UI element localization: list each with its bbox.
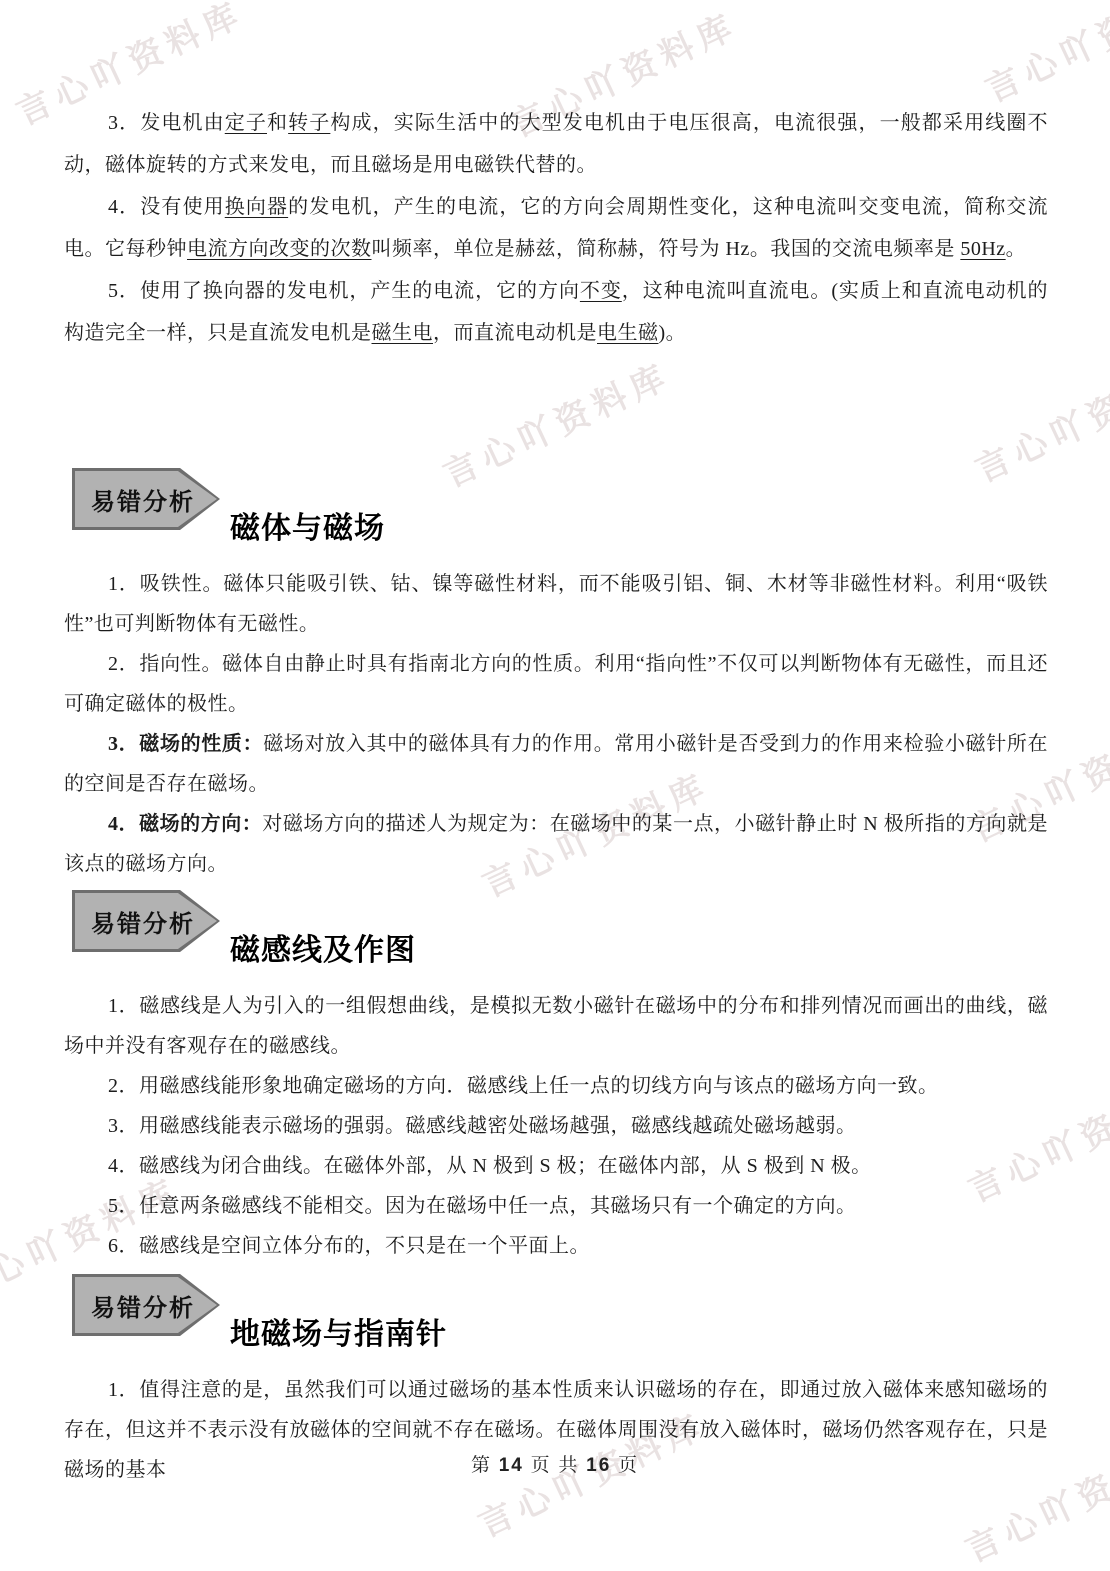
badge-label: 易错分析 xyxy=(75,482,195,517)
badge-label: 易错分析 xyxy=(75,904,195,939)
text-run: 14 xyxy=(499,1455,524,1476)
section-title: 磁感线及作图 xyxy=(230,934,416,967)
list-item: 4．没有使用换向器的发电机，产生的电流，它的方向会周期性变化，这种电流叫交变电流… xyxy=(64,186,1048,270)
text-run: 2．用磁感线能形象地确定磁场的方向．磁感线上任一点的切线方向与该点的磁场方向一致… xyxy=(108,1075,939,1097)
list-item: 3．磁场的性质：磁场对放入其中的磁体具有力的作用。常用小磁针是否受到力的作用来检… xyxy=(64,724,1048,804)
text-run: 电生磁 xyxy=(597,322,659,344)
page-number: 第 14 页 共 16 页 xyxy=(0,1450,1110,1477)
section-title: 地磁场与指南针 xyxy=(230,1318,447,1351)
section-header: 易错分析 磁体与磁场 xyxy=(64,466,1048,564)
error-analysis-badge: 易错分析 xyxy=(72,468,220,530)
intro-paragraphs: 3．发电机由定子和转子构成，实际生活中的大型发电机由于电压很高，电流很强，一般都… xyxy=(64,102,1048,354)
text-run: 电流方向改变的次数 xyxy=(187,238,372,260)
section-header: 易错分析 地磁场与指南针 xyxy=(64,1272,1048,1370)
section-items: 1．吸铁性。磁体只能吸引铁、钴、镍等磁性材料，而不能吸引铝、铜、木材等非磁性材料… xyxy=(64,564,1048,884)
text-run: 16 xyxy=(586,1455,611,1476)
error-analysis-badge-face: 易错分析 xyxy=(75,1277,217,1333)
text-run: 页 xyxy=(611,1455,639,1476)
text-run: 不变 xyxy=(580,280,622,302)
text-run: 1．磁感线是人为引入的一组假想曲线，是模拟无数小磁针在磁场中的分布和排列情况而画… xyxy=(64,995,1048,1057)
text-run: 4．没有使用 xyxy=(108,196,225,218)
list-item: 5．使用了换向器的发电机，产生的电流，它的方向不变，这种电流叫直流电。(实质上和… xyxy=(64,270,1048,354)
list-item: 3．发电机由定子和转子构成，实际生活中的大型发电机由于电压很高，电流很强，一般都… xyxy=(64,102,1048,186)
section-items: 1．磁感线是人为引入的一组假想曲线，是模拟无数小磁针在磁场中的分布和排列情况而画… xyxy=(64,986,1048,1266)
text-run: 和 xyxy=(267,112,288,134)
text-run: 3．用磁感线能表示磁场的强弱。磁感线越密处磁场越强，磁感线越疏处磁场越弱。 xyxy=(108,1115,857,1137)
error-analysis-badge-face: 易错分析 xyxy=(75,893,217,949)
text-run: 换向器 xyxy=(225,196,288,218)
error-analysis-badge: 易错分析 xyxy=(72,890,220,952)
section-field-lines: 易错分析 磁感线及作图 1．磁感线是人为引入的一组假想曲线，是模拟无数小磁针在磁… xyxy=(64,888,1048,1266)
text-run: 叫频率，单位是赫兹，简称赫，符号为 Hz。我国的交流电频率是 xyxy=(372,238,961,260)
text-run: )。 xyxy=(659,322,687,344)
document-page: 言心吖资料库言心吖资料库言心吖资料库言心吖资料库言心吖资料库言心吖资料库言心吖资… xyxy=(0,0,1110,1571)
list-item: 1．磁感线是人为引入的一组假想曲线，是模拟无数小磁针在磁场中的分布和排列情况而画… xyxy=(64,986,1048,1066)
text-run: 3．发电机由 xyxy=(108,112,225,134)
list-item: 5．任意两条磁感线不能相交。因为在磁场中任一点，其磁场只有一个确定的方向。 xyxy=(64,1186,1048,1226)
text-run: 1．吸铁性。磁体只能吸引铁、钴、镍等磁性材料，而不能吸引铝、铜、木材等非磁性材料… xyxy=(64,573,1048,635)
text-run: 5．任意两条磁感线不能相交。因为在磁场中任一点，其磁场只有一个确定的方向。 xyxy=(108,1195,857,1217)
list-item: 1．吸铁性。磁体只能吸引铁、钴、镍等磁性材料，而不能吸引铝、铜、木材等非磁性材料… xyxy=(64,564,1048,644)
text-run: 6．磁感线是空间立体分布的，不只是在一个平面上。 xyxy=(108,1235,590,1257)
section-header: 易错分析 磁感线及作图 xyxy=(64,888,1048,986)
error-analysis-badge-face: 易错分析 xyxy=(75,471,217,527)
page-content: 3．发电机由定子和转子构成，实际生活中的大型发电机由于电压很高，电流很强，一般都… xyxy=(0,0,1110,1490)
list-item: 6．磁感线是空间立体分布的，不只是在一个平面上。 xyxy=(64,1226,1048,1266)
list-item: 2．用磁感线能形象地确定磁场的方向．磁感线上任一点的切线方向与该点的磁场方向一致… xyxy=(64,1066,1048,1106)
text-run: 2．指向性。磁体自由静止时具有指南北方向的性质。利用“指向性”不仅可以判断物体有… xyxy=(64,653,1048,715)
text-run: 第 xyxy=(471,1455,499,1476)
list-item: 2．指向性。磁体自由静止时具有指南北方向的性质。利用“指向性”不仅可以判断物体有… xyxy=(64,644,1048,724)
text-run: 4．磁感线为闭合曲线。在磁体外部，从 N 极到 S 极；在磁体内部，从 S 极到… xyxy=(108,1155,872,1177)
text-run: 5．使用了换向器的发电机，产生的电流，它的方向 xyxy=(108,280,580,302)
text-run: 页 共 xyxy=(524,1455,586,1476)
text-run: 4．磁场的方向： xyxy=(108,813,262,835)
text-run: 3．磁场的性质： xyxy=(108,733,263,755)
list-item: 4．磁感线为闭合曲线。在磁体外部，从 N 极到 S 极；在磁体内部，从 S 极到… xyxy=(64,1146,1048,1186)
list-item: 4．磁场的方向：对磁场方向的描述人为规定为：在磁场中的某一点，小磁针静止时 N … xyxy=(64,804,1048,884)
section-title: 磁体与磁场 xyxy=(230,512,385,545)
text-run: 转子 xyxy=(288,112,330,134)
text-run: 50Hz xyxy=(960,238,1005,260)
error-analysis-badge: 易错分析 xyxy=(72,1274,220,1336)
badge-label: 易错分析 xyxy=(75,1288,195,1323)
text-run: 。 xyxy=(1006,238,1027,260)
list-item: 3．用磁感线能表示磁场的强弱。磁感线越密处磁场越强，磁感线越疏处磁场越弱。 xyxy=(64,1106,1048,1146)
text-run: ，而直流电动机是 xyxy=(433,322,597,344)
text-run: 磁生电 xyxy=(372,322,434,344)
text-run: 定子 xyxy=(225,112,267,134)
section-magnets-and-fields: 易错分析 磁体与磁场 1．吸铁性。磁体只能吸引铁、钴、镍等磁性材料，而不能吸引铝… xyxy=(64,466,1048,884)
